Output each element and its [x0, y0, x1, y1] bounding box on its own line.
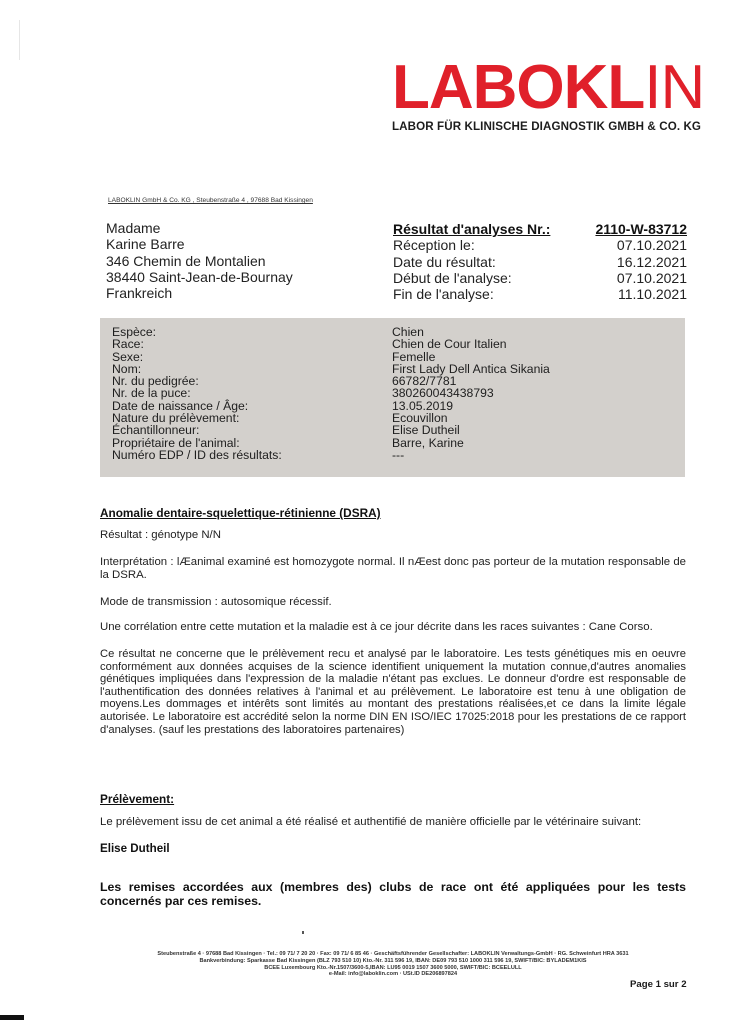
scan-edge-mark [0, 1015, 24, 1020]
info-label: Numéro EDP / ID des résultats: [112, 449, 282, 461]
info-value-breed: Chien de Cour Italien [392, 338, 550, 350]
meta-row-analysis-end: Fin de l'analyse: 11.10.2021 [393, 286, 687, 302]
sampling-section-title: Prélèvement: [100, 792, 174, 806]
meta-value: 11.10.2021 [618, 286, 687, 302]
dsra-correlation: Une corrélation entre cette mutation et … [100, 621, 653, 634]
info-value-chip: 380260043438793 [392, 387, 550, 399]
meta-row-result-date: Date du résultat: 16.12.2021 [393, 254, 687, 270]
info-value-edp-id: --- [392, 449, 550, 461]
dsra-transmission-mode: Mode de transmission : autosomique réces… [100, 596, 332, 609]
meta-value: 16.12.2021 [617, 254, 687, 270]
scan-edge-line [19, 20, 20, 60]
sampling-statement: Le prélèvement issu de cet animal a été … [100, 816, 641, 829]
footer-line-email: e-Mail: info@laboklin.com · USt.ID DE206… [100, 971, 686, 978]
meta-label: Date du résultat: [393, 254, 496, 270]
recipient-country: Frankreich [106, 285, 293, 301]
meta-value: 07.10.2021 [617, 270, 687, 286]
scan-speck [302, 931, 304, 934]
result-meta: Résultat d'analyses Nr.: 2110-W-83712 Ré… [393, 221, 687, 302]
info-label: Échantillonneur: [112, 424, 282, 436]
veterinarian-name: Elise Dutheil [100, 842, 170, 855]
sender-return-address: LABOKLIN GmbH & Co. KG , Steubenstraße 4… [108, 197, 313, 204]
info-value-sampler: Elise Dutheil [392, 424, 550, 436]
meta-label: Réception le: [393, 237, 475, 253]
animal-info-values: Chien Chien de Cour Italien Femelle Firs… [392, 326, 550, 461]
footer-line-bank: Bankverbindung: Sparkasse Bad Kissingen … [100, 958, 686, 965]
meta-label: Fin de l'analyse: [393, 286, 494, 302]
club-discount-note: Les remises accordées aux (membres des) … [100, 881, 686, 908]
logo-subtitle: LABOR FÜR KLINISCHE DIAGNOSTIK GMBH & CO… [392, 120, 722, 133]
company-footer: Steubenstraße 4 · 97688 Bad Kissingen · … [100, 951, 686, 978]
logo-thin-part: IN [644, 53, 704, 122]
result-number-label: Résultat d'analyses Nr.: [393, 221, 550, 237]
result-number-row: Résultat d'analyses Nr.: 2110-W-83712 [393, 221, 687, 237]
info-label: Race: [112, 338, 282, 350]
page-number: Page 1 sur 2 [630, 979, 687, 990]
result-number-value: 2110-W-83712 [595, 221, 687, 237]
recipient-salutation: Madame [106, 220, 293, 236]
animal-info-labels: Espèce: Race: Sexe: Nom: Nr. du pedigrée… [112, 326, 282, 461]
footer-line-bank-lux: BCEE Luxembourg Kto.-Nr.1507/3600-5,IBAN… [100, 965, 686, 972]
dsra-result: Résultat : génotype N/N [100, 529, 221, 542]
recipient-name: Karine Barre [106, 236, 293, 252]
meta-value: 07.10.2021 [617, 237, 687, 253]
laboklin-logo: LABOKLIN [392, 55, 722, 121]
dsra-interpretation: Interprétation : lÆanimal examiné est ho… [100, 556, 686, 582]
footer-line-address: Steubenstraße 4 · 97688 Bad Kissingen · … [100, 951, 686, 958]
meta-row-reception: Réception le: 07.10.2021 [393, 237, 687, 253]
info-value-owner: Barre, Karine [392, 437, 550, 449]
meta-row-analysis-start: Début de l'analyse: 07.10.2021 [393, 270, 687, 286]
recipient-address: Madame Karine Barre 346 Chemin de Montal… [106, 220, 293, 301]
info-label: Nr. de la puce: [112, 387, 282, 399]
dsra-section-title: Anomalie dentaire-squelettique-rétinienn… [100, 506, 381, 520]
legal-disclaimer: Ce résultat ne concerne que le prélèveme… [100, 648, 686, 736]
meta-label: Début de l'analyse: [393, 270, 512, 286]
recipient-street: 346 Chemin de Montalien [106, 253, 293, 269]
recipient-city: 38440 Saint-Jean-de-Bournay [106, 269, 293, 285]
logo-bold-part: LABOKL [392, 53, 644, 122]
